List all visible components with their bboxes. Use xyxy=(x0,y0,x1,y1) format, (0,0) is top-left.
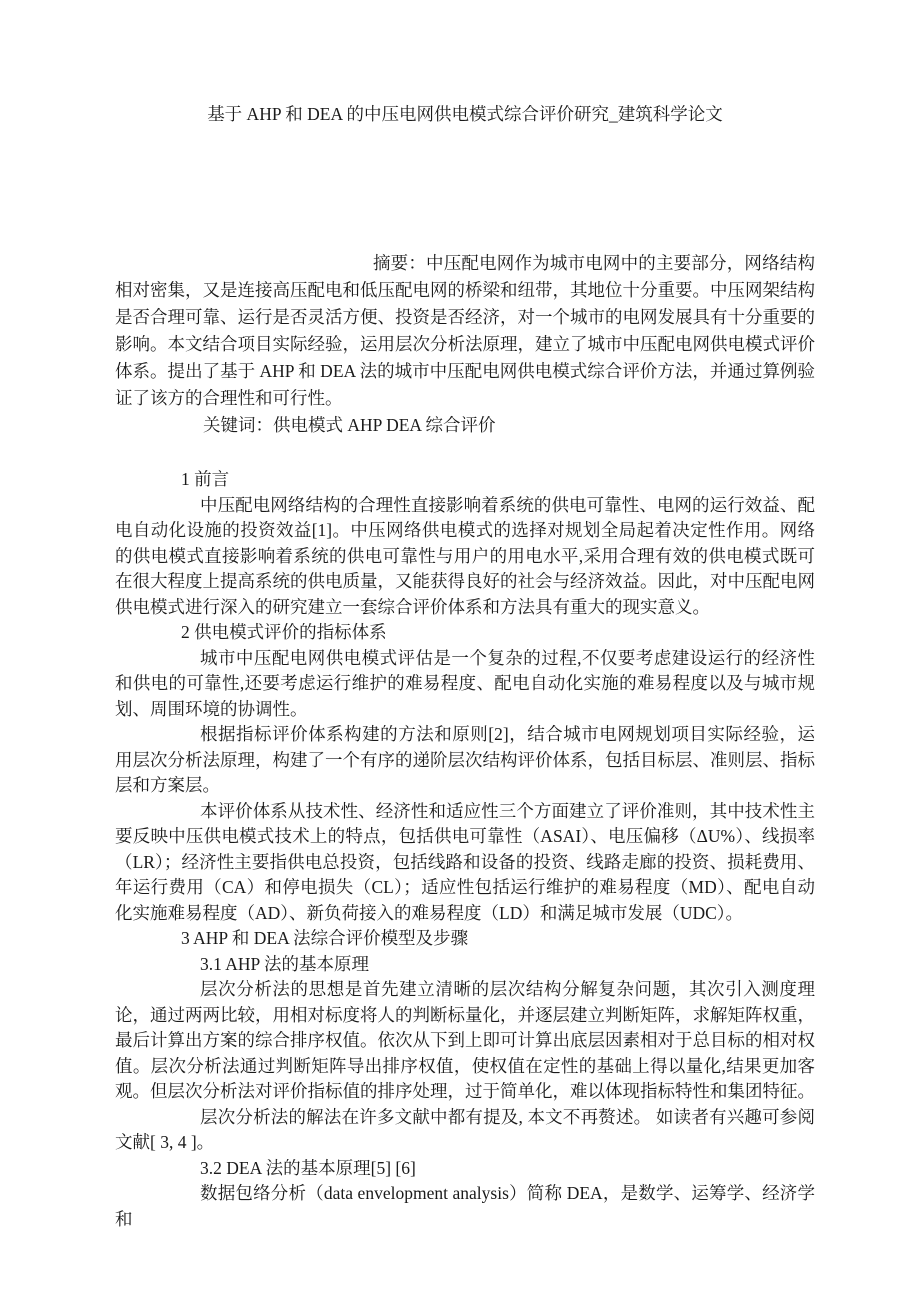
subsection-heading-3-1: 3.1 AHP 法的基本原理 xyxy=(115,952,815,978)
section-heading-2: 2 供电模式评价的指标体系 xyxy=(115,620,815,646)
paragraph: 根据指标评价体系构建的方法和原则[2]，结合城市电网规划项目实际经验，运用层次分… xyxy=(115,722,815,799)
subsection-heading-3-2: 3.2 DEA 法的基本原理[5] [6] xyxy=(115,1156,815,1182)
abstract-paragraph: 摘要：中压配电网作为城市电网中的主要部分，网络结构相对密集，又是连接高压配电和低… xyxy=(115,250,815,412)
document-page: 基于 AHP 和 DEA 的中压电网供电模式综合评价研究_建筑科学论文 摘要：中… xyxy=(0,0,920,1302)
section-heading-1: 1 前言 xyxy=(115,467,815,493)
section-heading-3: 3 AHP 和 DEA 法综合评价模型及步骤 xyxy=(115,926,815,952)
paragraph: 层次分析法的解法在许多文献中都有提及, 本文不再赘述。 如读者有兴趣可参阅文献[… xyxy=(115,1105,815,1156)
paragraph: 数据包络分析（data envelopment analysis）简称 DEA，… xyxy=(115,1181,815,1232)
keywords-line: 关键词：供电模式 AHP DEA 综合评价 xyxy=(115,412,815,439)
paragraph: 本评价体系从技术性、经济性和适应性三个方面建立了评价准则，其中技术性主要反映中压… xyxy=(115,799,815,927)
page-title: 基于 AHP 和 DEA 的中压电网供电模式综合评价研究_建筑科学论文 xyxy=(115,101,815,128)
paragraph: 中压配电网络结构的合理性直接影响着系统的供电可靠性、电网的运行效益、配电自动化设… xyxy=(115,493,815,621)
paragraph: 城市中压配电网供电模式评估是一个复杂的过程,不仅要考虑建设运行的经济性和供电的可… xyxy=(115,646,815,723)
paragraph: 层次分析法的思想是首先建立清晰的层次结构分解复杂问题，其次引入测度理论，通过两两… xyxy=(115,977,815,1105)
